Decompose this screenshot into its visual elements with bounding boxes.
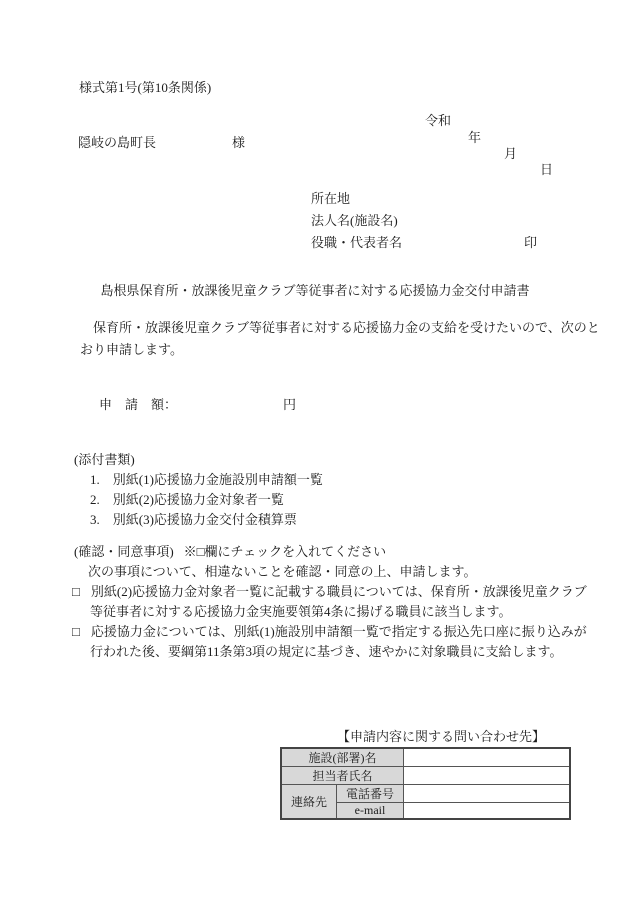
table-row: 施設(部署)名 [281,748,570,767]
phone-label: 電話番号 [337,785,404,803]
table-row: 連絡先 電話番号 [281,785,570,803]
applicant-representative-label: 役職・代表者名 [311,235,402,251]
agreement-checkbox-1[interactable]: □ [72,584,80,600]
person-name-field[interactable] [404,767,571,785]
contact-table-heading: 【申請内容に関する問い合わせ先】 [337,729,545,745]
applicant-corporation-label: 法人名(施設名) [311,213,398,229]
attachments-heading: (添付書類) [74,452,135,468]
agreement-checkbox-2[interactable]: □ [72,624,80,640]
email-label: e-mail [337,803,404,820]
seal-mark: 印 [524,235,537,251]
confirm-item-1-text: 別紙(2)応援協力金対象者一覧に記載する職員については、保育所・放課後児童クラブ [91,584,587,599]
confirm-heading: (確認・同意事項) [74,544,174,559]
date-era-label: 令和 [425,113,451,129]
confirm-item-1-line2: 等従事者に対する応援協力金実施要領第4条に揚げる職員に該当します。 [90,604,511,620]
confirm-item-2-line2: 行われた後、要綱第11条第3項の規定に基づき、速やかに対象職員に支給します。 [90,644,562,660]
form-number: 様式第1号(第10条関係) [79,80,211,96]
date-month-label: 月 [504,146,517,162]
email-field[interactable] [404,803,571,820]
applicant-address-label: 所在地 [311,191,350,207]
confirm-note: ※□欄にチェックを入れてください [184,544,386,559]
phone-field[interactable] [404,785,571,803]
date-year-label: 年 [468,130,481,146]
amount-label: 申 請 額： [99,397,177,413]
facility-name-label: 施設(部署)名 [281,748,404,767]
amount-unit-label: 円 [283,397,296,413]
contact-group-label: 連絡先 [281,785,337,820]
application-form-page: 様式第1号(第10条関係) 令和 年 月 日 隠岐の島町長 様 所在地 法人名(… [0,0,630,903]
addressee: 隠岐の島町長 [78,135,156,151]
document-title: 島根県保育所・放課後児童クラブ等従事者に対する応援協力金交付申請書 [0,283,630,299]
confirm-item-2-line1: □応援協力金については、別紙(1)施設別申請額一覧で指定する振込先口座に振り込み… [72,624,587,640]
table-row: 担当者氏名 [281,767,570,785]
confirm-heading-line: (確認・同意事項)※□欄にチェックを入れてください [74,544,386,560]
facility-name-field[interactable] [404,748,571,767]
attachment-item-2: 2. 別紙(2)応援協力金対象者一覧 [90,492,284,508]
contact-table: 施設(部署)名 担当者氏名 連絡先 電話番号 e-mail [280,747,571,820]
body-paragraph-line1: 保育所・放課後児童クラブ等従事者に対する応援協力金の支給を受けたいので、次のと [80,320,600,336]
date-day-label: 日 [540,162,553,178]
confirm-intro: 次の事項について、相違ないことを確認・同意の上、申請します。 [88,564,476,580]
date-line: 令和 年 月 日 [0,97,630,115]
addressee-honorific: 様 [232,135,245,151]
confirm-item-1-line1: □別紙(2)応援協力金対象者一覧に記載する職員については、保育所・放課後児童クラ… [72,584,587,600]
attachment-item-3: 3. 別紙(3)応援協力金交付金積算票 [90,512,297,528]
confirm-item-2-text: 応援協力金については、別紙(1)施設別申請額一覧で指定する振込先口座に振り込みが [91,624,587,639]
body-paragraph-line2: おり申請します。 [80,342,183,358]
attachment-item-1: 1. 別紙(1)応援協力金施設別申請額一覧 [90,472,323,488]
person-name-label: 担当者氏名 [281,767,404,785]
